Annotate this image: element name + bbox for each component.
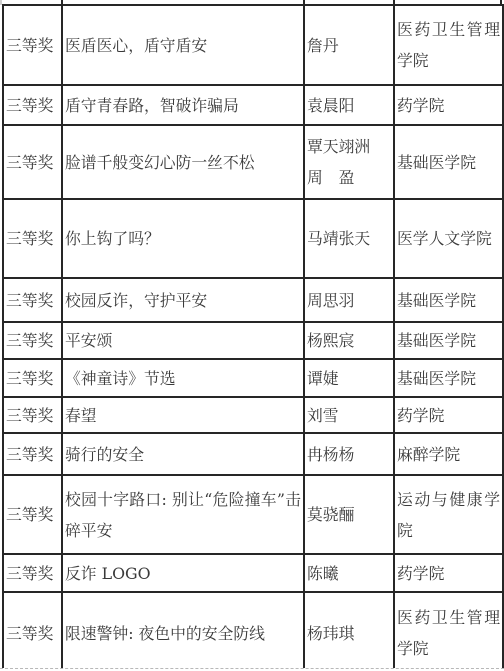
authors-cell: 谭婕 xyxy=(304,359,394,397)
document-page: 三等奖 医盾医心，盾守盾安 詹丹 医药卫生管理学院 三等奖 盾守青春路，智破诈骗… xyxy=(0,0,504,671)
table-row: 三等奖 春望 刘雪 药学院 xyxy=(3,397,503,433)
entry-title-cell: 校园反诈，守护平安 xyxy=(62,278,304,322)
award-cell: 三等奖 xyxy=(3,397,62,433)
award-cell: 三等奖 xyxy=(3,125,62,199)
authors-cell: 杨熙宸 xyxy=(304,322,394,359)
award-cell: 三等奖 xyxy=(3,322,62,359)
authors-cell: 周思羽 xyxy=(304,278,394,322)
college-cell: 基础医学院 xyxy=(394,278,503,322)
entry-title-cell: 校园十字路口: 别让“危险撞车”击碎平安 xyxy=(62,475,304,554)
table-row: 三等奖 你上钩了吗？ 马靖张天 医学人文学院 xyxy=(3,199,503,278)
entry-title-cell: 医盾医心，盾守盾安 xyxy=(62,5,304,85)
awards-table: 三等奖 医盾医心，盾守盾安 詹丹 医药卫生管理学院 三等奖 盾守青春路，智破诈骗… xyxy=(2,4,504,671)
table-row: 三等奖 校园反诈，守护平安 周思羽 基础医学院 xyxy=(3,278,503,322)
entry-title-cell: 你上钩了吗？ xyxy=(62,199,304,278)
authors-cell: 覃天翊洲 周 盈 xyxy=(304,125,394,199)
authors-cell: 冉杨杨 xyxy=(304,433,394,475)
entry-title-cell: 《神童诗》节选 xyxy=(62,359,304,397)
entry-title-cell: 骑行的安全 xyxy=(62,433,304,475)
table-row: 三等奖 校园十字路口: 别让“危险撞车”击碎平安 莫骁酾 运动与健康学院 xyxy=(3,475,503,554)
college-cell: 运动与健康学院 xyxy=(394,475,503,554)
entry-title-cell: 平安颂 xyxy=(62,322,304,359)
table-row: 三等奖 盾守青春路，智破诈骗局 袁晨阳 药学院 xyxy=(3,85,503,125)
award-cell: 三等奖 xyxy=(3,359,62,397)
award-cell: 三等奖 xyxy=(3,5,62,85)
college-cell: 药学院 xyxy=(394,397,503,433)
college-cell: 医学人文学院 xyxy=(394,199,503,278)
table-row: 三等奖 平安颂 杨熙宸 基础医学院 xyxy=(3,322,503,359)
award-cell: 三等奖 xyxy=(3,475,62,554)
authors-cell: 马靖张天 xyxy=(304,199,394,278)
award-cell: 三等奖 xyxy=(3,433,62,475)
college-cell: 基础医学院 xyxy=(394,359,503,397)
table-row: 三等奖 骑行的安全 冉杨杨 麻醉学院 xyxy=(3,433,503,475)
entry-title-cell: 春望 xyxy=(62,397,304,433)
college-cell: 医药卫生管理学院 xyxy=(394,5,503,85)
authors-cell: 刘雪 xyxy=(304,397,394,433)
college-cell: 药学院 xyxy=(394,554,503,592)
authors-cell: 袁晨阳 xyxy=(304,85,394,125)
award-cell: 三等奖 xyxy=(3,592,62,671)
college-cell: 基础医学院 xyxy=(394,322,503,359)
table-row: 三等奖 反诈 LOGO 陈曦 药学院 xyxy=(3,554,503,592)
table-row: 三等奖 限速警钟: 夜色中的安全防线 杨玮琪 医药卫生管理学院 xyxy=(3,592,503,671)
college-cell: 麻醉学院 xyxy=(394,433,503,475)
authors-cell: 詹丹 xyxy=(304,5,394,85)
authors-cell: 杨玮琪 xyxy=(304,592,394,671)
award-cell: 三等奖 xyxy=(3,278,62,322)
award-cell: 三等奖 xyxy=(3,554,62,592)
table-row: 三等奖 医盾医心，盾守盾安 詹丹 医药卫生管理学院 xyxy=(3,5,503,85)
authors-cell: 陈曦 xyxy=(304,554,394,592)
table-row: 三等奖 脸谱千般变幻心防一丝不松 覃天翊洲 周 盈 基础医学院 xyxy=(3,125,503,199)
college-cell: 药学院 xyxy=(394,85,503,125)
table-row: 三等奖 《神童诗》节选 谭婕 基础医学院 xyxy=(3,359,503,397)
award-cell: 三等奖 xyxy=(3,85,62,125)
entry-title-cell: 反诈 LOGO xyxy=(62,554,304,592)
authors-cell: 莫骁酾 xyxy=(304,475,394,554)
college-cell: 医药卫生管理学院 xyxy=(394,592,503,671)
entry-title-cell: 脸谱千般变幻心防一丝不松 xyxy=(62,125,304,199)
college-cell: 基础医学院 xyxy=(394,125,503,199)
entry-title-cell: 限速警钟: 夜色中的安全防线 xyxy=(62,592,304,671)
award-cell: 三等奖 xyxy=(3,199,62,278)
entry-title-cell: 盾守青春路，智破诈骗局 xyxy=(62,85,304,125)
